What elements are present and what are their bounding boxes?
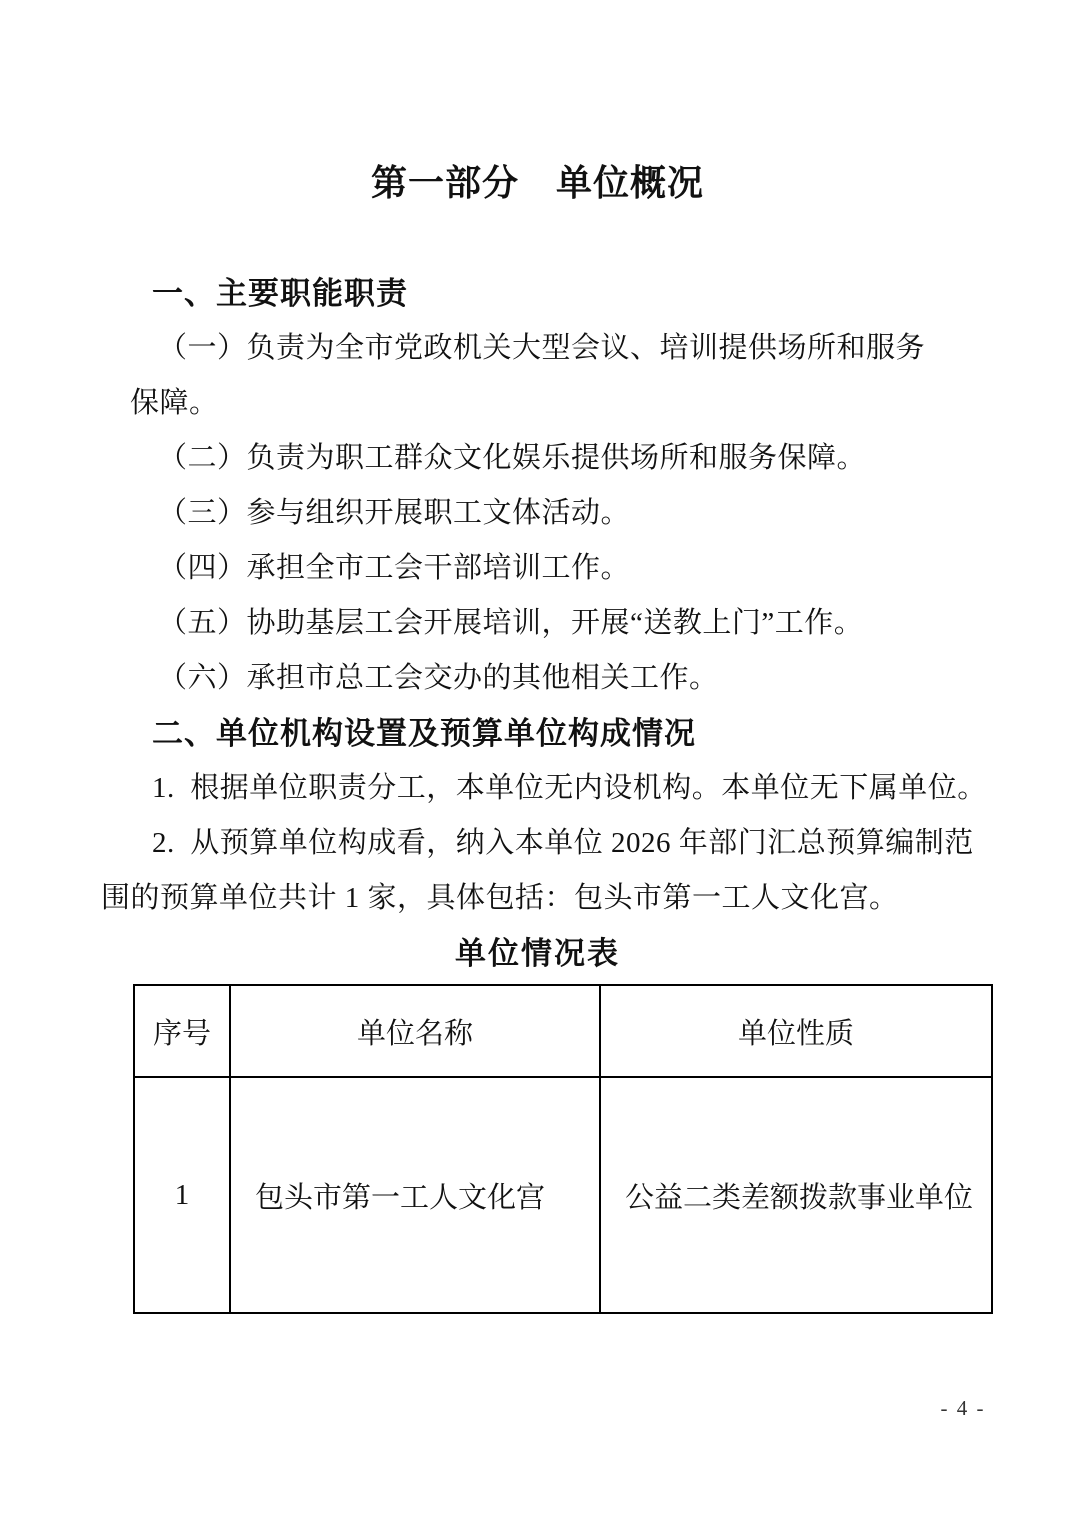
document-body: 一、主要职能职责 （一）负责为全市党政机关大型会议、培训提供场所和服务 保障。 … bbox=[0, 263, 1075, 978]
body-line-duty-3: （三）参与组织开展职工文体活动。 bbox=[0, 483, 1075, 538]
body-line-duty-1-cont: 保障。 bbox=[0, 373, 1075, 428]
body-line-duty-5: （五）协助基层工会开展培训，开展“送教上门”工作。 bbox=[0, 593, 1075, 648]
header-cell-unit-type: 单位性质 bbox=[600, 985, 992, 1077]
cell-unit-type: 公益二类差额拨款事业单位 bbox=[600, 1077, 992, 1313]
cell-unit-name: 包头市第一工人文化宫 bbox=[230, 1077, 600, 1313]
unit-info-table: 序号 单位名称 单位性质 1 包头市第一工人文化宫 公益二类差额拨款事业单位 bbox=[133, 984, 993, 1314]
body-line-duty-6: （六）承担市总工会交办的其他相关工作。 bbox=[0, 648, 1075, 703]
page-number: - 4 - bbox=[913, 1396, 1013, 1421]
body-line-duty-2: （二）负责为职工群众文化娱乐提供场所和服务保障。 bbox=[0, 428, 1075, 483]
body-line-duty-4: （四）承担全市工会干部培训工作。 bbox=[0, 538, 1075, 593]
section-heading-2: 二、单位机构设置及预算单位构成情况 bbox=[0, 703, 1075, 758]
page-title: 第一部分 单位概况 bbox=[0, 150, 1075, 210]
body-line-item-1: 1. 根据单位职责分工，本单位无内设机构。本单位无下属单位。 bbox=[0, 758, 1075, 813]
body-line-item-2: 2. 从预算单位构成看，纳入本单位 2026 年部门汇总预算编制范 bbox=[0, 813, 1075, 868]
table-row: 1 包头市第一工人文化宫 公益二类差额拨款事业单位 bbox=[134, 1077, 992, 1313]
header-cell-unit-name: 单位名称 bbox=[230, 985, 600, 1077]
body-line-item-2-cont: 围的预算单位共计 1 家，具体包括：包头市第一工人文化宫。 bbox=[0, 868, 1075, 923]
table-caption: 单位情况表 bbox=[0, 923, 1075, 978]
body-line-duty-1: （一）负责为全市党政机关大型会议、培训提供场所和服务 bbox=[0, 318, 1075, 373]
cell-index: 1 bbox=[134, 1077, 230, 1313]
header-cell-index: 序号 bbox=[134, 985, 230, 1077]
section-heading-1: 一、主要职能职责 bbox=[0, 263, 1075, 318]
document-page: 第一部分 单位概况 一、主要职能职责 （一）负责为全市党政机关大型会议、培训提供… bbox=[0, 0, 1075, 1520]
table-header-row: 序号 单位名称 单位性质 bbox=[134, 985, 992, 1077]
